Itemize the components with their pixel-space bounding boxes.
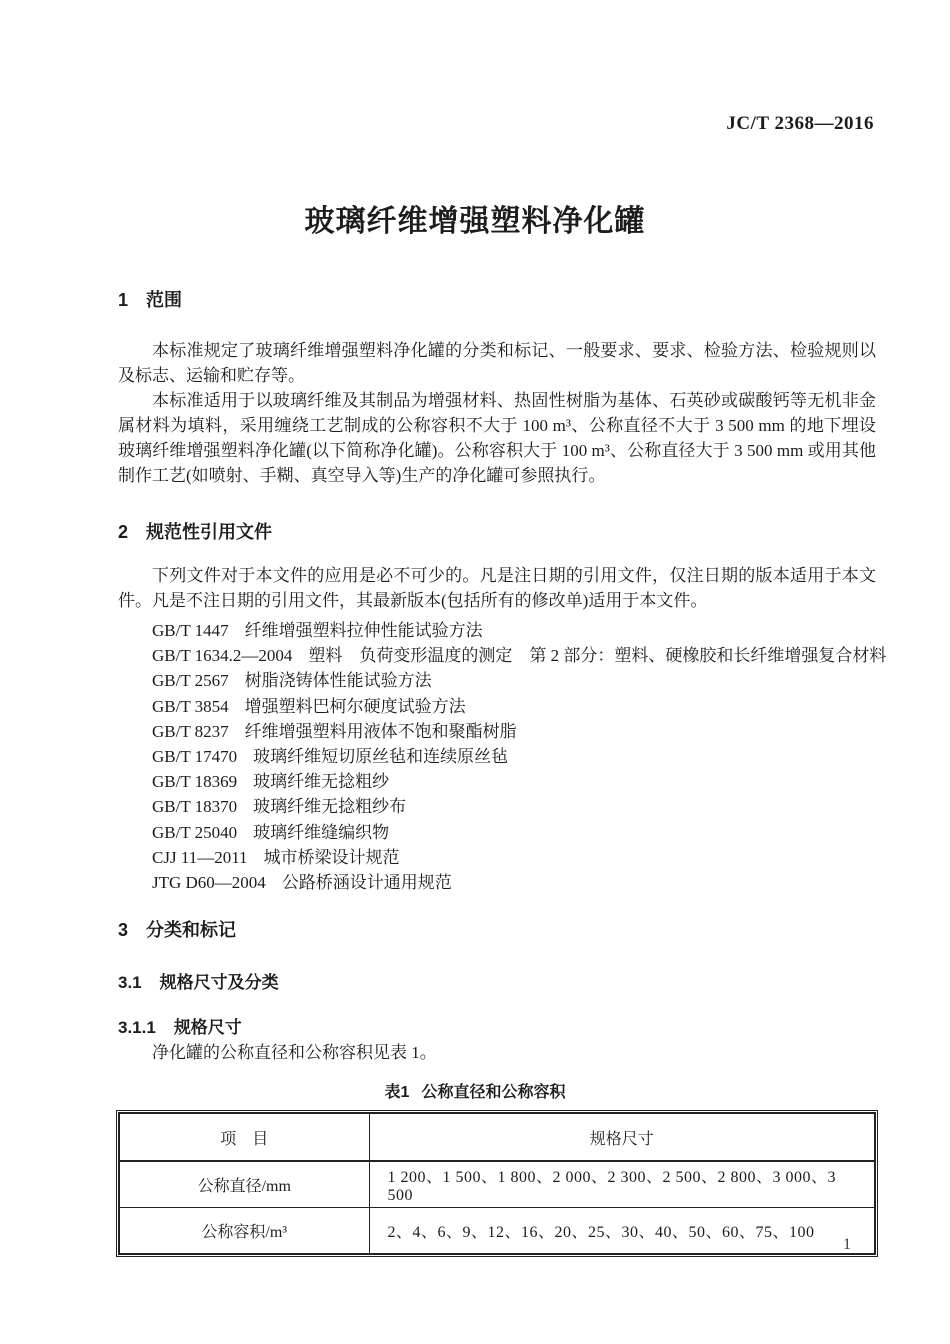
section-2-number: 2 bbox=[118, 522, 128, 542]
reference-title: 城市桥梁设计规范 bbox=[264, 848, 400, 867]
reference-title: 增强塑料巴柯尔硬度试验方法 bbox=[245, 697, 466, 716]
section-3-heading: 3分类和标记 bbox=[118, 916, 236, 942]
reference-title: 纤维增强塑料拉伸性能试验方法 bbox=[245, 621, 483, 640]
reference-title: 玻璃纤维无捻粗纱 bbox=[253, 772, 389, 791]
page-number: 1 bbox=[843, 1236, 851, 1254]
section-3-1-number: 3.1 bbox=[118, 973, 142, 992]
reference-title: 塑料 负荷变形温度的测定 第 2 部分：塑料、硬橡胶和长纤维增强复合材料 bbox=[308, 646, 886, 665]
reference-title: 玻璃纤维缝编织物 bbox=[253, 823, 389, 842]
reference-item: GB/T 18370玻璃纤维无捻粗纱布 bbox=[152, 794, 882, 819]
table-row: 公称容积/m³ 2、4、6、9、12、16、20、25、30、40、50、60、… bbox=[119, 1208, 875, 1255]
reference-item: GB/T 2567树脂浇铸体性能试验方法 bbox=[152, 668, 882, 693]
section-2-heading: 2规范性引用文件 bbox=[118, 518, 272, 544]
section-1-heading: 1范围 bbox=[118, 286, 182, 312]
section-3-1-title: 规格尺寸及分类 bbox=[160, 973, 279, 992]
table-cell-value: 1 200、1 500、1 800、2 000、2 300、2 500、2 80… bbox=[369, 1161, 875, 1208]
reference-item: GB/T 18369玻璃纤维无捻粗纱 bbox=[152, 769, 882, 794]
reference-code: GB/T 3854 bbox=[152, 694, 229, 719]
document-title: 玻璃纤维增强塑料净化罐 bbox=[0, 196, 950, 240]
section-2-title: 规范性引用文件 bbox=[146, 522, 272, 542]
scope-paragraph-1: 本标准规定了玻璃纤维增强塑料净化罐的分类和标记、一般要求、要求、检验方法、检验规… bbox=[118, 338, 876, 388]
reference-item: GB/T 17470玻璃纤维短切原丝毡和连续原丝毡 bbox=[152, 744, 882, 769]
references-intro-paragraph: 下列文件对于本文件的应用是必不可少的。凡是注日期的引用文件，仅注日期的版本适用于… bbox=[118, 563, 876, 613]
reference-title: 公路桥涵设计通用规范 bbox=[282, 873, 452, 892]
table-row: 公称直径/mm 1 200、1 500、1 800、2 000、2 300、2 … bbox=[119, 1161, 875, 1208]
reference-code: GB/T 8237 bbox=[152, 719, 229, 744]
table-reference-paragraph: 净化罐的公称直径和公称容积见表 1。 bbox=[118, 1040, 876, 1065]
reference-item: GB/T 8237纤维增强塑料用液体不饱和聚酯树脂 bbox=[152, 719, 882, 744]
table-1-caption-title: 公称直径和公称容积 bbox=[421, 1084, 565, 1101]
section-1-number: 1 bbox=[118, 290, 128, 310]
reference-title: 树脂浇铸体性能试验方法 bbox=[245, 671, 432, 690]
table-header-spec: 规格尺寸 bbox=[369, 1113, 875, 1161]
reference-item: CJJ 11—2011城市桥梁设计规范 bbox=[152, 845, 882, 870]
reference-item: JTG D60—2004公路桥涵设计通用规范 bbox=[152, 870, 882, 895]
section-3-1-1-title: 规格尺寸 bbox=[174, 1018, 242, 1037]
reference-title: 玻璃纤维无捻粗纱布 bbox=[253, 797, 406, 816]
section-3-1-1-number: 3.1.1 bbox=[118, 1018, 156, 1037]
reference-item: GB/T 25040玻璃纤维缝编织物 bbox=[152, 820, 882, 845]
references-list: GB/T 1447纤维增强塑料拉伸性能试验方法 GB/T 1634.2—2004… bbox=[152, 618, 882, 895]
section-1-title: 范围 bbox=[146, 290, 182, 310]
reference-code: GB/T 1447 bbox=[152, 618, 229, 643]
section-3-number: 3 bbox=[118, 920, 128, 940]
standard-number: JC/T 2368—2016 bbox=[726, 113, 874, 135]
reference-code: JTG D60—2004 bbox=[152, 870, 266, 895]
reference-code: GB/T 18370 bbox=[152, 794, 237, 819]
reference-title: 玻璃纤维短切原丝毡和连续原丝毡 bbox=[253, 747, 508, 766]
table-cell-item: 公称容积/m³ bbox=[119, 1208, 369, 1255]
section-3-1-heading: 3.1规格尺寸及分类 bbox=[118, 968, 279, 993]
reference-code: GB/T 17470 bbox=[152, 744, 237, 769]
reference-code: GB/T 2567 bbox=[152, 668, 229, 693]
reference-item: GB/T 1634.2—2004塑料 负荷变形温度的测定 第 2 部分：塑料、硬… bbox=[152, 643, 882, 668]
table-cell-item: 公称直径/mm bbox=[119, 1161, 369, 1208]
table-header-row: 项 目 规格尺寸 bbox=[119, 1113, 875, 1161]
table-header-item: 项 目 bbox=[119, 1113, 369, 1161]
table-cell-value: 2、4、6、9、12、16、20、25、30、40、50、60、75、100 bbox=[369, 1208, 875, 1255]
table-1-caption-label: 表1 bbox=[385, 1084, 410, 1101]
document-page: JC/T 2368—2016 玻璃纤维增强塑料净化罐 1范围 本标准规定了玻璃纤… bbox=[0, 0, 950, 1344]
reference-item: GB/T 1447纤维增强塑料拉伸性能试验方法 bbox=[152, 618, 882, 643]
table-1-caption: 表1公称直径和公称容积 bbox=[0, 1079, 950, 1102]
reference-code: GB/T 25040 bbox=[152, 820, 237, 845]
reference-code: GB/T 18369 bbox=[152, 769, 237, 794]
table-1: 项 目 规格尺寸 公称直径/mm 1 200、1 500、1 800、2 000… bbox=[118, 1112, 876, 1255]
section-3-1-1-heading: 3.1.1规格尺寸 bbox=[118, 1013, 242, 1038]
reference-code: CJJ 11—2011 bbox=[152, 845, 248, 870]
reference-code: GB/T 1634.2—2004 bbox=[152, 643, 292, 668]
reference-title: 纤维增强塑料用液体不饱和聚酯树脂 bbox=[245, 722, 517, 741]
section-3-title: 分类和标记 bbox=[146, 920, 236, 940]
scope-paragraph-2: 本标准适用于以玻璃纤维及其制品为增强材料、热固性树脂为基体、石英砂或碳酸钙等无机… bbox=[118, 388, 876, 488]
reference-item: GB/T 3854增强塑料巴柯尔硬度试验方法 bbox=[152, 694, 882, 719]
